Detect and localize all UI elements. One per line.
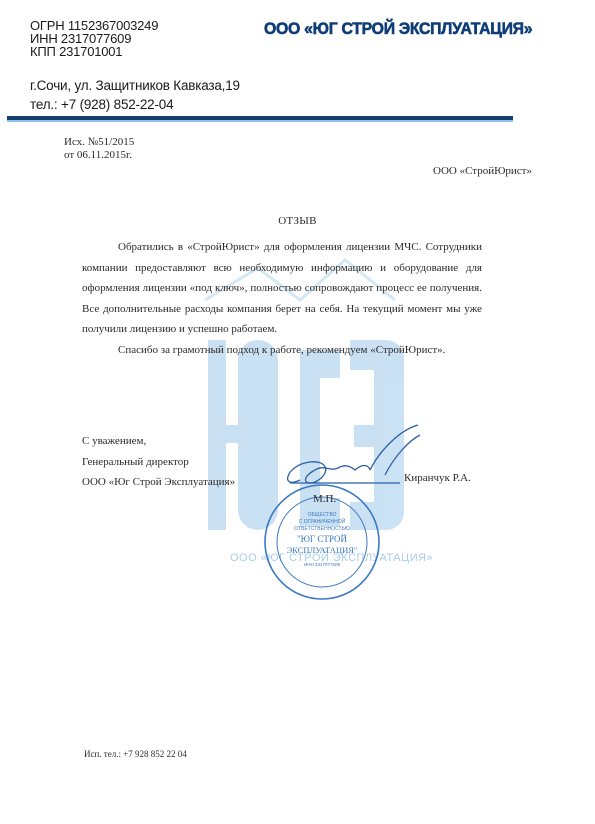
- svg-text:ИНН 2317077609: ИНН 2317077609: [304, 562, 341, 567]
- signature-block: С уважением, Генеральный директор ООО «Ю…: [82, 431, 235, 493]
- executor-phone: Исп. тел.: +7 928 852 22 04: [84, 749, 187, 759]
- outgoing-number: Исх. №51/2015: [64, 136, 134, 149]
- header-divider: [7, 116, 513, 120]
- company-phone: тел.: +7 (928) 852-22-04: [30, 95, 240, 114]
- kpp: КПП 231701001: [30, 45, 158, 58]
- company-logo-name: ООО «ЮГ СТРОЙ ЭКСПЛУАТАЦИЯ»: [264, 19, 532, 39]
- svg-text:ЭКСПЛУАТАЦИЯ": ЭКСПЛУАТАЦИЯ": [287, 545, 358, 555]
- paragraph: Обратились в «СтройЮрист» для оформления…: [82, 237, 482, 340]
- outgoing-reference: Исх. №51/2015 от 06.11.2015г.: [64, 136, 134, 162]
- watermark-logo-icon: [0, 0, 595, 824]
- company-requisites: ОГРН 1152367003249 ИНН 2317077609 КПП 23…: [30, 19, 158, 58]
- addressee: ООО «СтройЮрист»: [433, 165, 532, 177]
- document-body: Обратились в «СтройЮрист» для оформления…: [82, 237, 482, 360]
- signer-position: Генеральный директор: [82, 452, 235, 473]
- closing: С уважением,: [82, 431, 235, 452]
- paragraph: Спасибо за грамотный подход к работе, ре…: [82, 340, 482, 361]
- seal-line: ОБЩЕСТВО: [308, 512, 337, 518]
- svg-text:С ОГРАНИЧЕННОЙ: С ОГРАНИЧЕННОЙ: [299, 517, 346, 525]
- svg-text:ОТВЕТСТВЕННОСТЬЮ: ОТВЕТСТВЕННОСТЬЮ: [294, 526, 350, 532]
- signer-organization: ООО «Юг Строй Эксплуатация»: [82, 472, 235, 493]
- seal-placeholder: М.П.: [313, 493, 336, 505]
- svg-text:"ЮГ СТРОЙ: "ЮГ СТРОЙ: [297, 534, 347, 544]
- outgoing-date: от 06.11.2015г.: [64, 149, 134, 162]
- company-contacts: г.Сочи, ул. Защитников Кавказа,19 тел.: …: [30, 76, 240, 114]
- document-title: ОТЗЫВ: [0, 215, 595, 227]
- company-address: г.Сочи, ул. Защитников Кавказа,19: [30, 76, 240, 95]
